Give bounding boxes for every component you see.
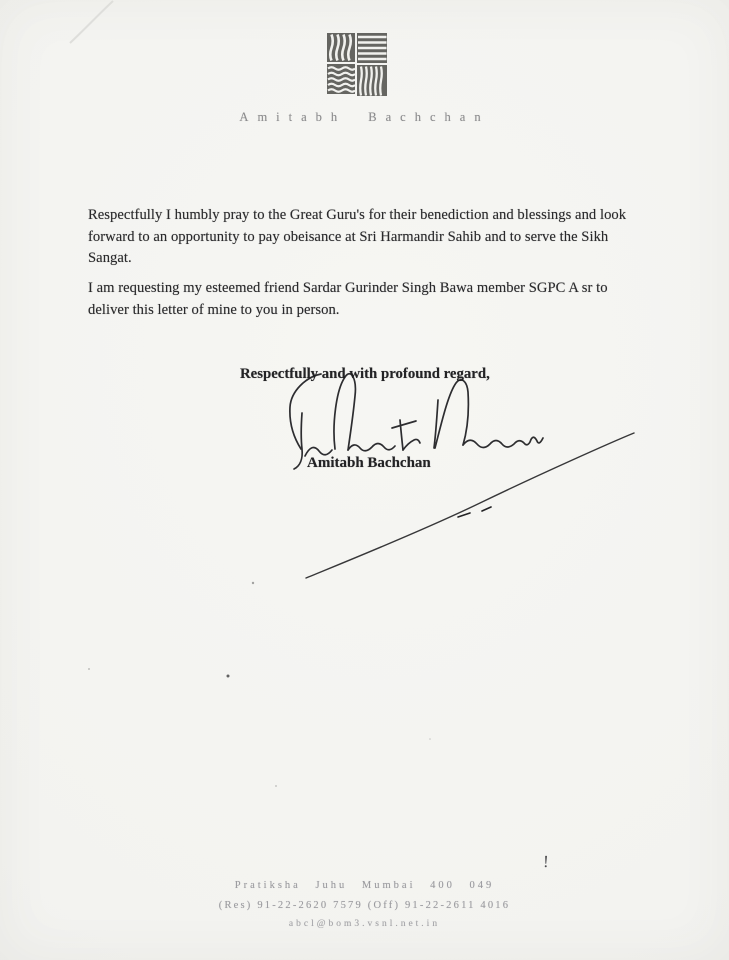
weave-square-logo-icon [327, 33, 387, 96]
footer-email: abcl@bom3.vsnl.net.in [0, 920, 729, 930]
scan-crease-mark [70, 1, 113, 43]
closing-line: Respectfully and with profound regard, [240, 366, 490, 383]
handwritten-signature [0, 0, 729, 960]
logo-quadrant-top-left [327, 33, 355, 62]
logo-quadrant-bottom-left [327, 64, 355, 94]
body-paragraph-1: Respectfully I humbly pray to the Great … [88, 205, 712, 270]
signature-dash-1 [458, 513, 470, 517]
footer: Pratiksha Juhu Mumbai 400 049 (Res) 91-2… [0, 881, 729, 939]
logo-quadrant-top-right [357, 33, 387, 63]
typed-signatory-name: Amitabh Bachchan [307, 455, 431, 472]
footer-phones: (Res) 91-22-2620 7579 (Off) 91-22-2611 4… [0, 901, 729, 912]
letterhead-name: Amitabh Bachchan [0, 110, 729, 125]
body-paragraph-2: I am requesting my esteemed friend Sarda… [88, 278, 712, 321]
scan-specks [88, 582, 431, 787]
logo-quadrant-bottom-right [357, 65, 387, 96]
signature-dash-2 [482, 507, 491, 511]
footer-address: Pratiksha Juhu Mumbai 400 049 [0, 881, 729, 892]
scan-stray-mark: ! [543, 852, 549, 872]
scanned-letter-page: Amitabh Bachchan Respectfully I humbly p… [0, 0, 729, 960]
